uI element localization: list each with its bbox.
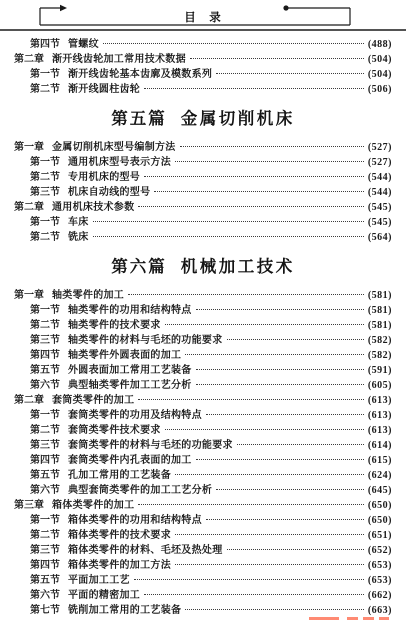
dot-leader <box>185 609 364 610</box>
part-heading-label: 第五篇 <box>111 107 167 131</box>
toc-entry-label: 第一节 <box>30 155 60 170</box>
toc-entry-title: 车床 <box>68 215 89 230</box>
part-heading-label: 第六篇 <box>111 255 167 279</box>
toc-entry-title: 机床自动线的型号 <box>68 185 150 200</box>
toc-entry: 第二节 渐开线圆柱齿轮 (506) <box>14 82 392 97</box>
toc-entry: 第四节 管螺纹 (488) <box>14 37 392 52</box>
toc-entry: 第二章 渐开线齿轮加工常用技术数据 (504) <box>14 52 392 67</box>
toc-entry-page: (545) <box>368 200 392 215</box>
toc-entry-page: (564) <box>368 230 392 245</box>
page-header: 目 录 <box>0 0 406 32</box>
toc-entry: 第一节 箱体类零件的功用和结构特点 (650) <box>14 513 392 528</box>
toc-entry-title: 渐开线齿轮加工常用技术数据 <box>52 52 186 67</box>
toc-entry-title: 轴类零件的技术要求 <box>68 318 161 333</box>
toc-entry-label: 第四节 <box>30 37 60 52</box>
dot-leader <box>154 191 363 192</box>
toc-entry-label: 第三节 <box>30 543 60 558</box>
toc-entry-page: (582) <box>368 348 392 363</box>
toc-entry-label: 第三节 <box>30 333 60 348</box>
toc-entry-label: 第二章 <box>14 200 44 215</box>
toc-entry-label: 第二节 <box>30 170 60 185</box>
toc-entry-title: 箱体类零件的技术要求 <box>68 528 171 543</box>
toc-entry-title: 套筒类零件技术要求 <box>68 423 161 438</box>
dot-leader <box>128 294 364 295</box>
toc-entry-title: 典型轴类零件加工工艺分析 <box>68 378 192 393</box>
toc-entry-title: 轴类零件的加工 <box>52 288 124 303</box>
toc-entry: 第一节 通用机床型号表示方法 (527) <box>14 155 392 170</box>
toc-entry-page: (545) <box>368 215 392 230</box>
toc-entry: 第二节 铣床 (564) <box>14 230 392 245</box>
toc-entry-title: 轴类零件的功用和结构特点 <box>68 303 192 318</box>
toc-entry-page: (591) <box>368 363 392 378</box>
toc-entry-page: (581) <box>368 318 392 333</box>
toc-entry: 第二节 轴类零件的技术要求 (581) <box>14 318 392 333</box>
toc-entry-label: 第四节 <box>30 348 60 363</box>
dot-leader <box>144 594 364 595</box>
toc-entry: 第一节 套筒类零件的功用及结构特点 (613) <box>14 408 392 423</box>
toc-entry-page: (614) <box>368 438 392 453</box>
toc-entry-label: 第二节 <box>30 423 60 438</box>
toc-entry-label: 第一章 <box>14 288 44 303</box>
toc-entry-label: 第一节 <box>30 67 60 82</box>
toc-entry: 第二节 套筒类零件技术要求 (613) <box>14 423 392 438</box>
toc-entry: 第二章 通用机床技术参数 (545) <box>14 200 392 215</box>
dot-leader <box>165 429 364 430</box>
dot-leader <box>180 146 364 147</box>
dot-leader <box>144 176 364 177</box>
toc-entry-page: (653) <box>368 573 392 588</box>
toc-entry: 第三节 机床自动线的型号 (544) <box>14 185 392 200</box>
toc-entry: 第四节 箱体类零件的加工方法 (653) <box>14 558 392 573</box>
toc-entry-label: 第五节 <box>30 363 60 378</box>
toc-entry-page: (663) <box>368 603 392 618</box>
toc-entry-title: 渐开线齿轮基本齿廓及模数系列 <box>68 67 212 82</box>
dot-leader <box>138 504 363 505</box>
dot-leader <box>216 73 364 74</box>
toc-entry-page: (605) <box>368 378 392 393</box>
part-heading: 第六篇 机械加工技术 <box>14 255 392 279</box>
toc-entry-page: (504) <box>368 67 392 82</box>
toc-entry-page: (506) <box>368 82 392 97</box>
toc-entry-page: (582) <box>368 333 392 348</box>
toc-entry-page: (652) <box>368 543 392 558</box>
toc-entry-page: (613) <box>368 423 392 438</box>
dot-leader <box>144 88 364 89</box>
dot-leader <box>138 399 363 400</box>
toc-entry-label: 第七节 <box>30 603 60 618</box>
toc-entry: 第五节 孔加工常用的工艺装备 (624) <box>14 468 392 483</box>
toc-entry-label: 第一节 <box>30 408 60 423</box>
toc-entry-title: 铣床 <box>68 230 89 245</box>
toc-entry: 第三节 轴类零件的材料与毛坯的功能要求 (582) <box>14 333 392 348</box>
toc-entry-label: 第五节 <box>30 468 60 483</box>
toc-entry-title: 箱体类零件的加工 <box>52 498 134 513</box>
toc-entry: 第三章 箱体类零件的加工 (650) <box>14 498 392 513</box>
toc-entry-page: (488) <box>368 37 392 52</box>
toc-entry-title: 套筒类零件的加工 <box>52 393 134 408</box>
toc-entry-page: (645) <box>368 483 392 498</box>
toc-entry-page: (613) <box>368 408 392 423</box>
toc-entry-page: (624) <box>368 468 392 483</box>
dot-leader <box>196 459 364 460</box>
toc-entry: 第六节 典型轴类零件加工工艺分析 (605) <box>14 378 392 393</box>
dot-leader <box>237 444 364 445</box>
toc-entry-title: 铣削加工常用的工艺装备 <box>68 603 181 618</box>
toc-entry-title: 外圆表面加工常用工艺装备 <box>68 363 192 378</box>
dot-leader <box>175 474 364 475</box>
toc-entry-title: 金属切削机床型号编制方法 <box>52 140 176 155</box>
dot-leader <box>93 221 364 222</box>
toc-entry: 第五节 平面加工工艺 (653) <box>14 573 392 588</box>
toc-entry: 第一章 金属切削机床型号编制方法 (527) <box>14 140 392 155</box>
toc-entry-title: 箱体类零件的材料、毛坯及热处理 <box>68 543 223 558</box>
toc-entry-title: 轴类零件的材料与毛坯的功能要求 <box>68 333 223 348</box>
toc-entry-label: 第四节 <box>30 453 60 468</box>
toc-entry-title: 孔加工常用的工艺装备 <box>68 468 171 483</box>
toc-entry-label: 第五节 <box>30 573 60 588</box>
toc-entry: 第三节 套筒类零件的材料与毛坯的功能要求 (614) <box>14 438 392 453</box>
toc-entry-label: 第六节 <box>30 378 60 393</box>
toc-entry-page: (615) <box>368 453 392 468</box>
toc-entry-label: 第一节 <box>30 513 60 528</box>
toc-entry-title: 典型套筒类零件的加工工艺分析 <box>68 483 212 498</box>
toc-entry-title: 套筒类零件内孔表面的加工 <box>68 453 192 468</box>
dot-leader <box>103 43 364 44</box>
toc-entry-label: 第四节 <box>30 558 60 573</box>
dot-leader <box>206 414 364 415</box>
part-heading-title: 机械加工技术 <box>181 255 295 279</box>
dot-leader <box>196 384 364 385</box>
toc-entry-page: (650) <box>368 513 392 528</box>
toc-entry-label: 第六节 <box>30 483 60 498</box>
toc-entry-title: 轴类零件外圆表面的加工 <box>68 348 181 363</box>
toc-entry-label: 第一节 <box>30 215 60 230</box>
toc-entry: 第六节 平面的精密加工 (662) <box>14 588 392 603</box>
toc-entry: 第五节 外圆表面加工常用工艺装备 (591) <box>14 363 392 378</box>
toc-entry-title: 箱体类零件的加工方法 <box>68 558 171 573</box>
dot-leader <box>165 324 364 325</box>
toc-entry-page: (613) <box>368 393 392 408</box>
toc-entry: 第二章 套筒类零件的加工 (613) <box>14 393 392 408</box>
dot-leader <box>196 309 364 310</box>
toc-entry: 第二节 专用机床的型号 (544) <box>14 170 392 185</box>
dot-leader <box>216 489 364 490</box>
toc-entry: 第二节 箱体类零件的技术要求 (651) <box>14 528 392 543</box>
toc-entry-label: 第六节 <box>30 588 60 603</box>
dot-leader <box>138 206 363 207</box>
toc-entry-page: (544) <box>368 170 392 185</box>
toc-entry-page: (651) <box>368 528 392 543</box>
toc-entry-label: 第二节 <box>30 82 60 97</box>
toc-entry-label: 第三节 <box>30 185 60 200</box>
part-heading: 第五篇 金属切削机床 <box>14 107 392 131</box>
toc-entry-title: 套筒类零件的材料与毛坯的功能要求 <box>68 438 233 453</box>
toc-entry-label: 第一节 <box>30 303 60 318</box>
toc-entry-title: 渐开线圆柱齿轮 <box>68 82 140 97</box>
toc-entry-page: (527) <box>368 140 392 155</box>
page-title: 目 录 <box>0 9 406 25</box>
toc-entry-title: 专用机床的型号 <box>68 170 140 185</box>
toc-entry-label: 第二节 <box>30 528 60 543</box>
dot-leader <box>93 236 364 237</box>
toc-entry-label: 第二节 <box>30 318 60 333</box>
toc-entry-title: 管螺纹 <box>68 37 99 52</box>
toc-list: 第四节 管螺纹 (488) 第二章 渐开线齿轮加工常用技术数据 (504) 第一… <box>0 32 406 618</box>
dot-leader <box>185 354 364 355</box>
dot-leader <box>190 58 364 59</box>
toc-entry-title: 平面加工工艺 <box>68 573 130 588</box>
part-heading-title: 金属切削机床 <box>181 107 295 131</box>
toc-entry: 第一节 渐开线齿轮基本齿廓及模数系列 (504) <box>14 67 392 82</box>
toc-entry-label: 第一章 <box>14 140 44 155</box>
toc-entry-page: (650) <box>368 498 392 513</box>
toc-entry: 第七节 铣削加工常用的工艺装备 (663) <box>14 603 392 618</box>
toc-entry-title: 箱体类零件的功用和结构特点 <box>68 513 202 528</box>
toc-entry-label: 第二节 <box>30 230 60 245</box>
dot-leader <box>196 369 364 370</box>
toc-entry: 第四节 套筒类零件内孔表面的加工 (615) <box>14 453 392 468</box>
dot-leader <box>175 161 364 162</box>
toc-entry: 第三节 箱体类零件的材料、毛坯及热处理 (652) <box>14 543 392 558</box>
toc-entry-page: (581) <box>368 303 392 318</box>
toc-entry: 第一章 轴类零件的加工 (581) <box>14 288 392 303</box>
dot-leader <box>175 534 364 535</box>
dot-leader <box>134 579 364 580</box>
toc-entry: 第一节 车床 (545) <box>14 215 392 230</box>
dot-leader <box>206 519 364 520</box>
toc-entry-page: (544) <box>368 185 392 200</box>
toc-entry-title: 套筒类零件的功用及结构特点 <box>68 408 202 423</box>
toc-entry-title: 平面的精密加工 <box>68 588 140 603</box>
toc-entry: 第六节 典型套筒类零件的加工工艺分析 (645) <box>14 483 392 498</box>
toc-entry-label: 第三节 <box>30 438 60 453</box>
dot-leader <box>175 564 364 565</box>
toc-entry-page: (653) <box>368 558 392 573</box>
toc-entry-label: 第二章 <box>14 393 44 408</box>
toc-entry-title: 通用机床型号表示方法 <box>68 155 171 170</box>
toc-entry-page: (527) <box>368 155 392 170</box>
dot-leader <box>227 339 364 340</box>
toc-entry-page: (504) <box>368 52 392 67</box>
toc-entry-label: 第三章 <box>14 498 44 513</box>
toc-entry: 第一节 轴类零件的功用和结构特点 (581) <box>14 303 392 318</box>
toc-entry-page: (581) <box>368 288 392 303</box>
toc-entry-page: (662) <box>368 588 392 603</box>
toc-page: { "header": { "title": "目 录" }, "colors"… <box>0 0 406 620</box>
dot-leader <box>227 549 364 550</box>
toc-entry-title: 通用机床技术参数 <box>52 200 134 215</box>
toc-entry-label: 第二章 <box>14 52 44 67</box>
toc-entry: 第四节 轴类零件外圆表面的加工 (582) <box>14 348 392 363</box>
